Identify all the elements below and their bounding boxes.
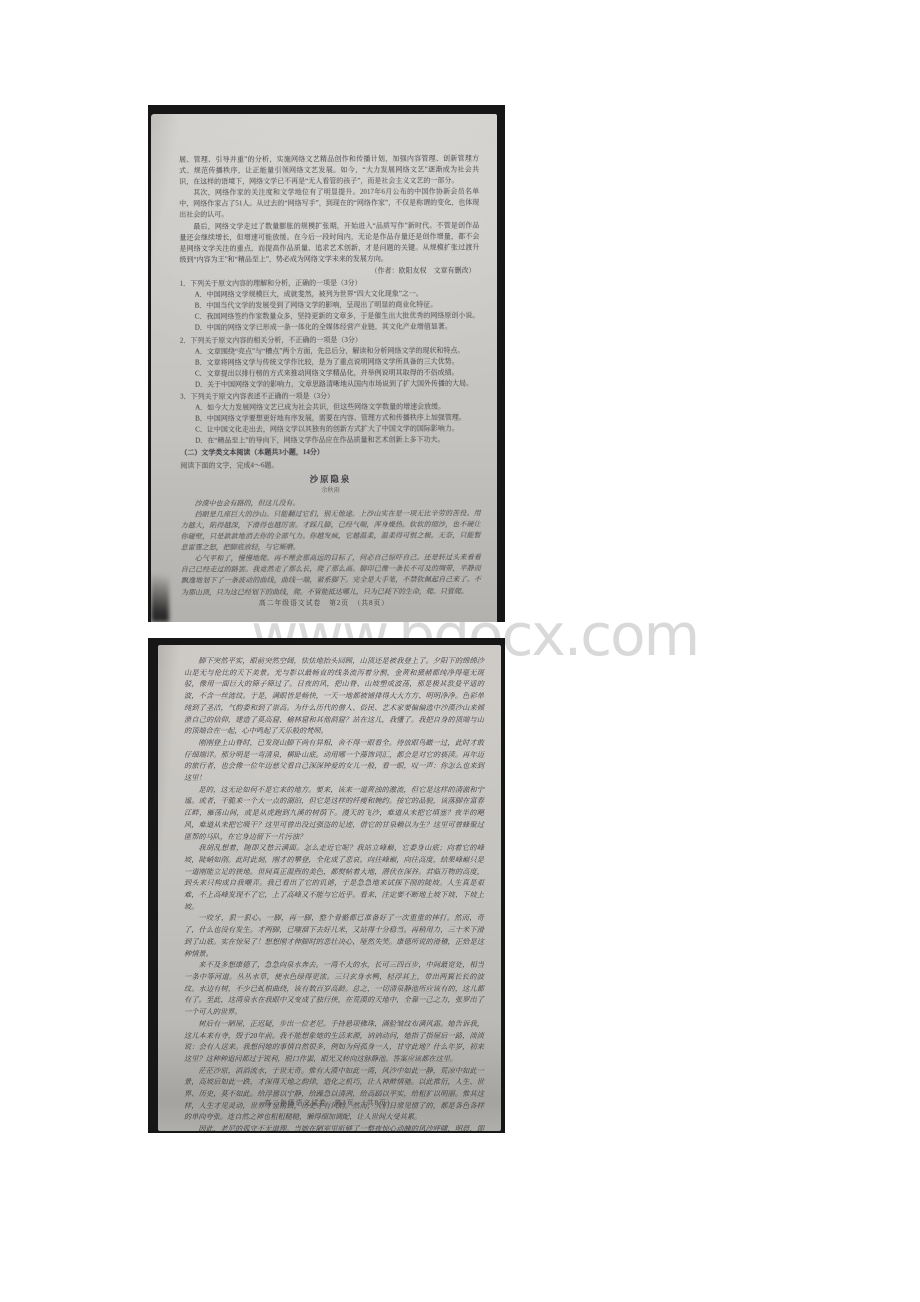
scanned-page-1: 展、管理、引导并重”的分析，实施网络文艺精品创作和传播计划，加强内容管理、创新管… [148, 105, 505, 622]
essay-paragraph: 挡眼是几座巨大的沙山。只能翻过它们，别无他途。上沙山实在是一项无比辛劳的苦役。用… [181, 508, 481, 554]
essay-paragraph: 茫茫沙原，滔滔流水，于世无奇。惟有大漠中如此一湾，风沙中如此一静，荒凉中如此一景… [184, 1066, 484, 1125]
intro-paragraph: 最后，网络文学走过了数量膨胀的规模扩张期，开始进入“品质写作”新时代。不管是创作… [179, 220, 479, 266]
scanned-page-2: 脚下突然平实，眼前突然空阔，怯怯地抬头回顾，山顶还是被我登上了。夕阳下的绵绵沙山… [148, 638, 505, 1133]
page-corner-shadow [151, 542, 169, 622]
paper-sheet-1: 展、管理、引导并重”的分析，实施网络文艺精品创作和传播计划，加强内容管理、创新管… [151, 114, 497, 622]
page-footer: 高二年级语文试卷 第3页 （共8页） [158, 1097, 501, 1107]
essay-paragraph: 一咬牙，狠一狠心。一脚，再一脚，整个骨骼都已准备好了一次重重的摔打。然而，奇了，… [184, 913, 484, 960]
page-footer: 高二年级语文试卷 第2页 （共8页） [151, 597, 497, 607]
essay-paragraph: 刚刚登上山脊时，已发现山脚下尚有异相，舍不得一眼看全。待放眼鸟瞰一过，此时才敢仔… [184, 738, 484, 785]
page2-text: 脚下突然平实，眼前突然空阔，怯怯地抬头回顾，山顶还是被我登上了。夕阳下的绵绵沙山… [184, 656, 484, 1131]
essay-paragraph: 来不及多想康德了，急急向泉水奔去。一湾不大的水，长可三四百步，中间最宽处，相当一… [184, 960, 484, 1019]
section-header: （二）文学类文本阅读（本题共3小题，14分） [180, 447, 480, 459]
reading-instruction: 阅读下面的文字，完成4～6题。 [180, 459, 480, 471]
question-option: D．中国的网络文学已形成一条一体化的全媒体经营产业链，其文化产业增值显著。 [180, 322, 480, 334]
essay-paragraph: 我胡乱想着，随即又愁云满面。怎么走近它呢？我站立峰巅，它委身山底；向着它的峰坡，… [184, 843, 484, 913]
essay-paragraph: 是的，这无论如何不是它来的地方。要来，该来一道黄浊的激流，但它是这样的清澈和宁谧… [184, 785, 484, 844]
question-option: D．在“精品至上”的导向下，网络文学作品应在作品质量和艺术创新上多下功夫。 [180, 435, 480, 447]
paper-sheet-2: 脚下突然平实，眼前突然空阔，怯怯地抬头回顾，山顶还是被我登上了。夕阳下的绵绵沙山… [158, 645, 501, 1131]
essay-paragraph: 因此，老尼的孤守不无道理。当她在陋室里听够了一整夜惊心动魄的风沙呼啸，明晨，即可… [184, 1124, 484, 1131]
question-option: A．文章围绕“亮点”与“槽点”两个方面，先总后分，解读和分析网络文学的现状和特点… [180, 345, 480, 357]
essay-paragraph: 心气平和了，慢慢地爬。再不理会那高远的目标了，何必自己惊吓自己。还是转过头来看看… [181, 553, 481, 599]
author-attribution: （作者：欧阳友权 文章有删改） [180, 265, 480, 277]
intro-paragraph: 其次，网络作家的关注度和文学地位有了明显提升。2017年6月公布的中国作协新会员… [179, 187, 479, 222]
essay-paragraph: 脚下突然平实，眼前突然空阔，怯怯地抬头回顾，山顶还是被我登上了。夕阳下的绵绵沙山… [184, 656, 484, 738]
intro-paragraph: 展、管理、引导并重”的分析，实施网络文艺精品创作和传播计划，加强内容管理、创新管… [179, 153, 479, 188]
page1-text: 展、管理、引导并重”的分析，实施网络文艺精品创作和传播计划，加强内容管理、创新管… [179, 153, 481, 598]
question-option: D．关于中国网络文学的影响力，文章思路清晰地从国内市场说到了扩大国外传播的大局。 [180, 378, 480, 390]
essay-paragraph: 树后有一陋屋，正迟疑，步出一位老尼。手持悬项佛珠，满脸皱纹布满风霜。她告诉我，这… [184, 1019, 484, 1066]
essay-author: 余秋雨 [180, 484, 480, 496]
